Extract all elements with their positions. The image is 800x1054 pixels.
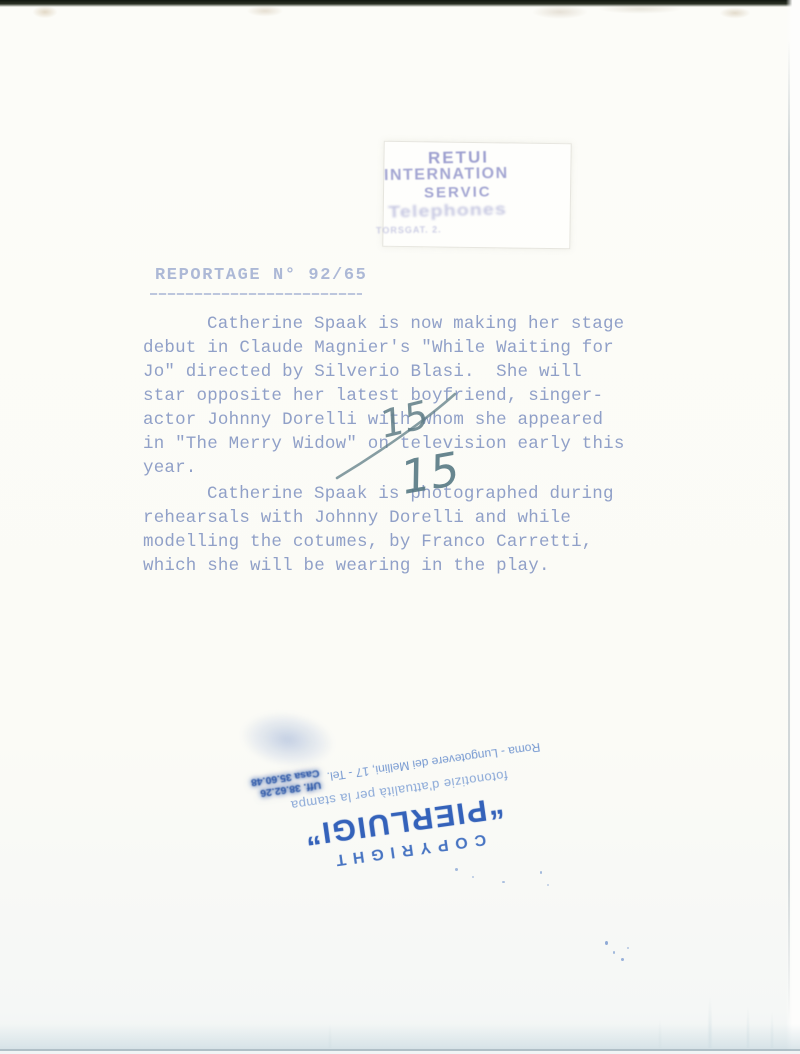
caption-line: modelling the cotumes, by Franco Carrett… [143,530,723,554]
return-stamp-line3: SERVIC [424,183,492,201]
top-edge-stains [0,4,800,30]
ink-speck [621,958,624,961]
ink-speck [605,941,608,945]
handwritten-edition-mark: 15 15 [322,390,512,520]
ink-speck [455,868,458,871]
return-stamp-faded-line: Telephones [388,199,507,222]
ink-speck [627,947,629,949]
caption-line: Catherine Spaak is now making her stage [143,312,723,336]
caption-line: Jo" directed by Silverio Blasi. She will [143,360,723,384]
ink-speck [540,871,542,874]
reportage-title: REPORTAGE N° 92/65 [155,266,367,285]
scan-top-edge [0,0,800,7]
handwritten-numerator: 15 [376,392,434,446]
reportage-title-underline [150,293,362,295]
return-stamp-line2: INTERNATION [384,165,509,185]
ink-speck [613,951,615,954]
ink-speck [547,884,549,886]
paper-right-edge-line [788,40,790,1020]
handwritten-denominator: 15 [397,441,464,504]
caption-line: debut in Claude Magnier's "While Waiting… [143,336,723,360]
return-stamp-tiny-line: TORSGAT. 2. [376,224,442,235]
caption-line: which she will be wearing in the play. [143,554,723,578]
ink-speck [502,881,505,883]
ink-speck [472,876,474,878]
photo-back-scan: { "document": { "reportage_title": "REPO… [0,0,800,1054]
